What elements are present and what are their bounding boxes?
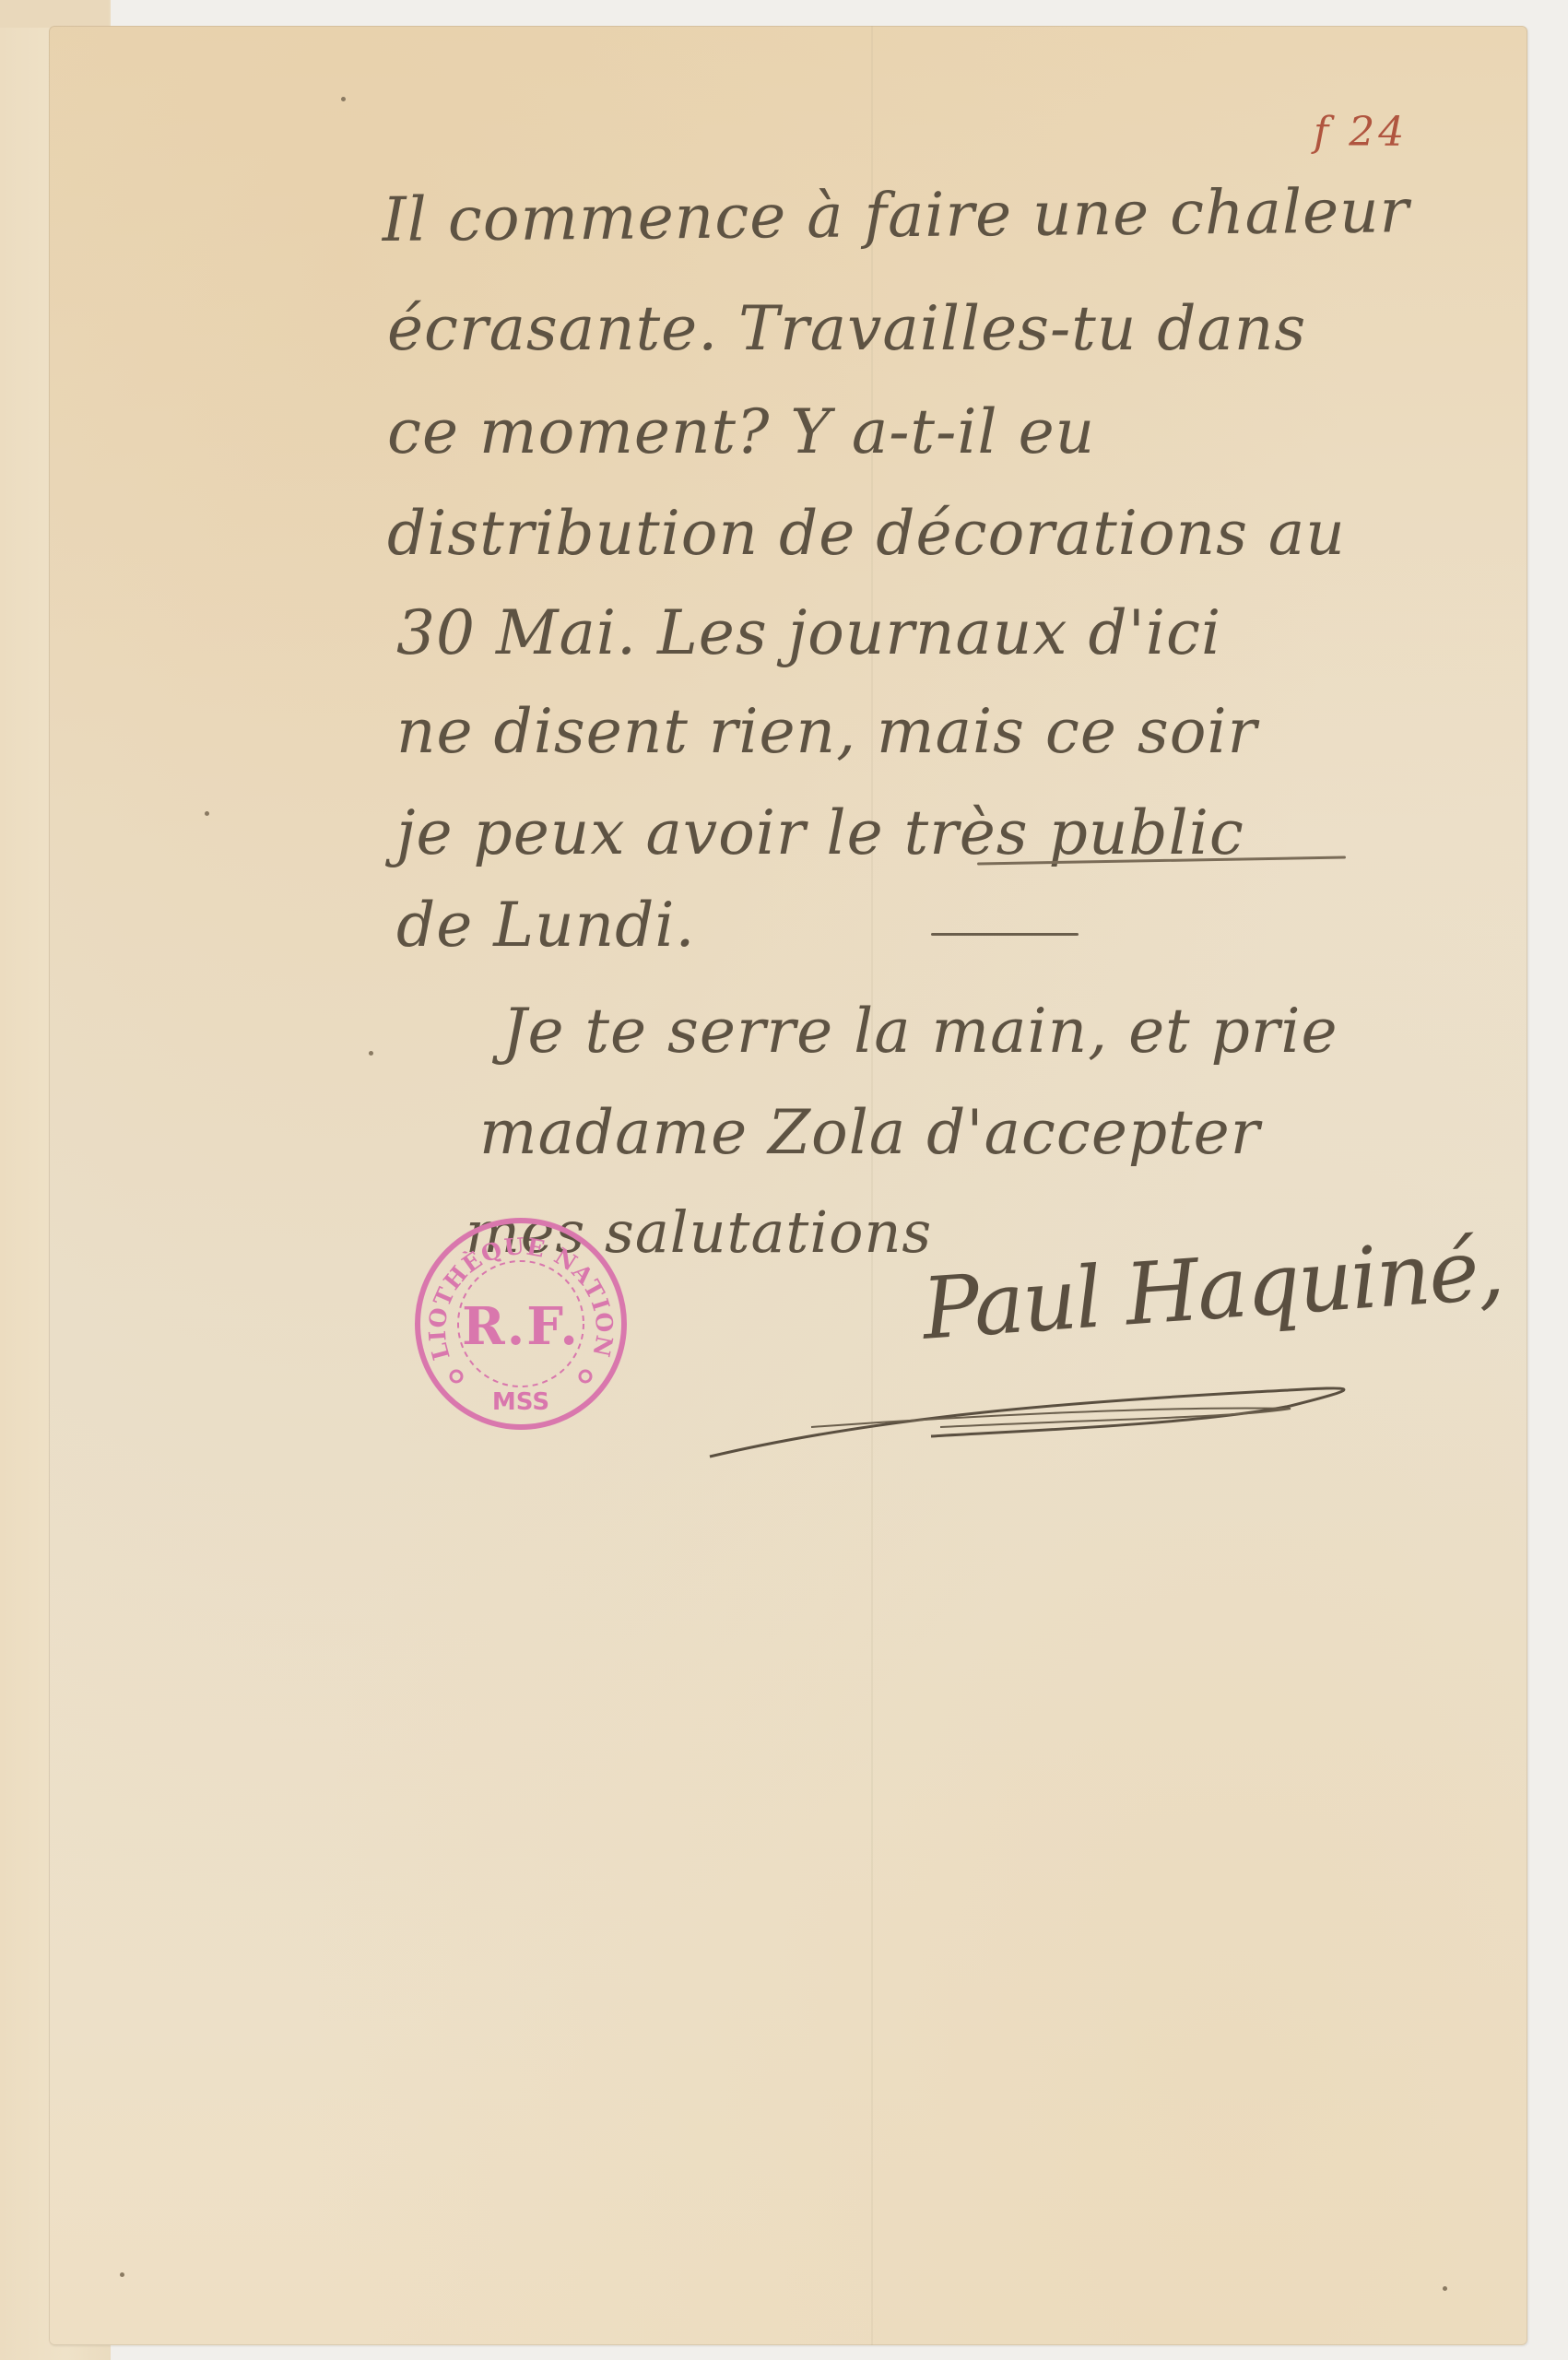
letter-line-7: je peux avoir le très public <box>396 797 1244 868</box>
letter-line-2: écrasante. Travailles-tu dans <box>387 293 1306 364</box>
closing-dash <box>931 933 1079 936</box>
paper-speck <box>205 811 209 816</box>
closing-line-1: Je te serre la main, et prie <box>502 996 1338 1067</box>
folio-number: f 24 <box>1314 109 1408 156</box>
letter-line-3: ce moment? Y a-t-il eu <box>387 396 1095 467</box>
paper-speck <box>1443 2286 1447 2291</box>
paper-speck <box>341 97 346 101</box>
stamp-center-text: R.F. <box>412 1296 630 1357</box>
paper-speck <box>369 1051 373 1056</box>
letter-line-8: de Lundi. <box>396 890 695 961</box>
letter-line-6: ne disent rien, mais ce soir <box>396 696 1257 767</box>
library-stamp: BIBLIOTHÈQUE NATIONALE R.F. MSS <box>412 1215 630 1433</box>
manuscript-leaf <box>49 26 1527 2345</box>
paper-speck <box>120 2272 124 2277</box>
backing-leaf-top-edge <box>0 0 109 28</box>
closing-line-2: madame Zola d'accepter <box>479 1097 1260 1168</box>
signature-flourish <box>701 1327 1530 1466</box>
letter-line-1: Il commence à faire une chaleur <box>382 175 1409 255</box>
letter-line-4: distribution de décorations au <box>387 498 1346 569</box>
stamp-bottom-text: MSS <box>412 1388 630 1416</box>
paper-fold-line <box>871 26 873 2345</box>
letter-line-5: 30 Mai. Les journaux d'ici <box>396 597 1221 668</box>
